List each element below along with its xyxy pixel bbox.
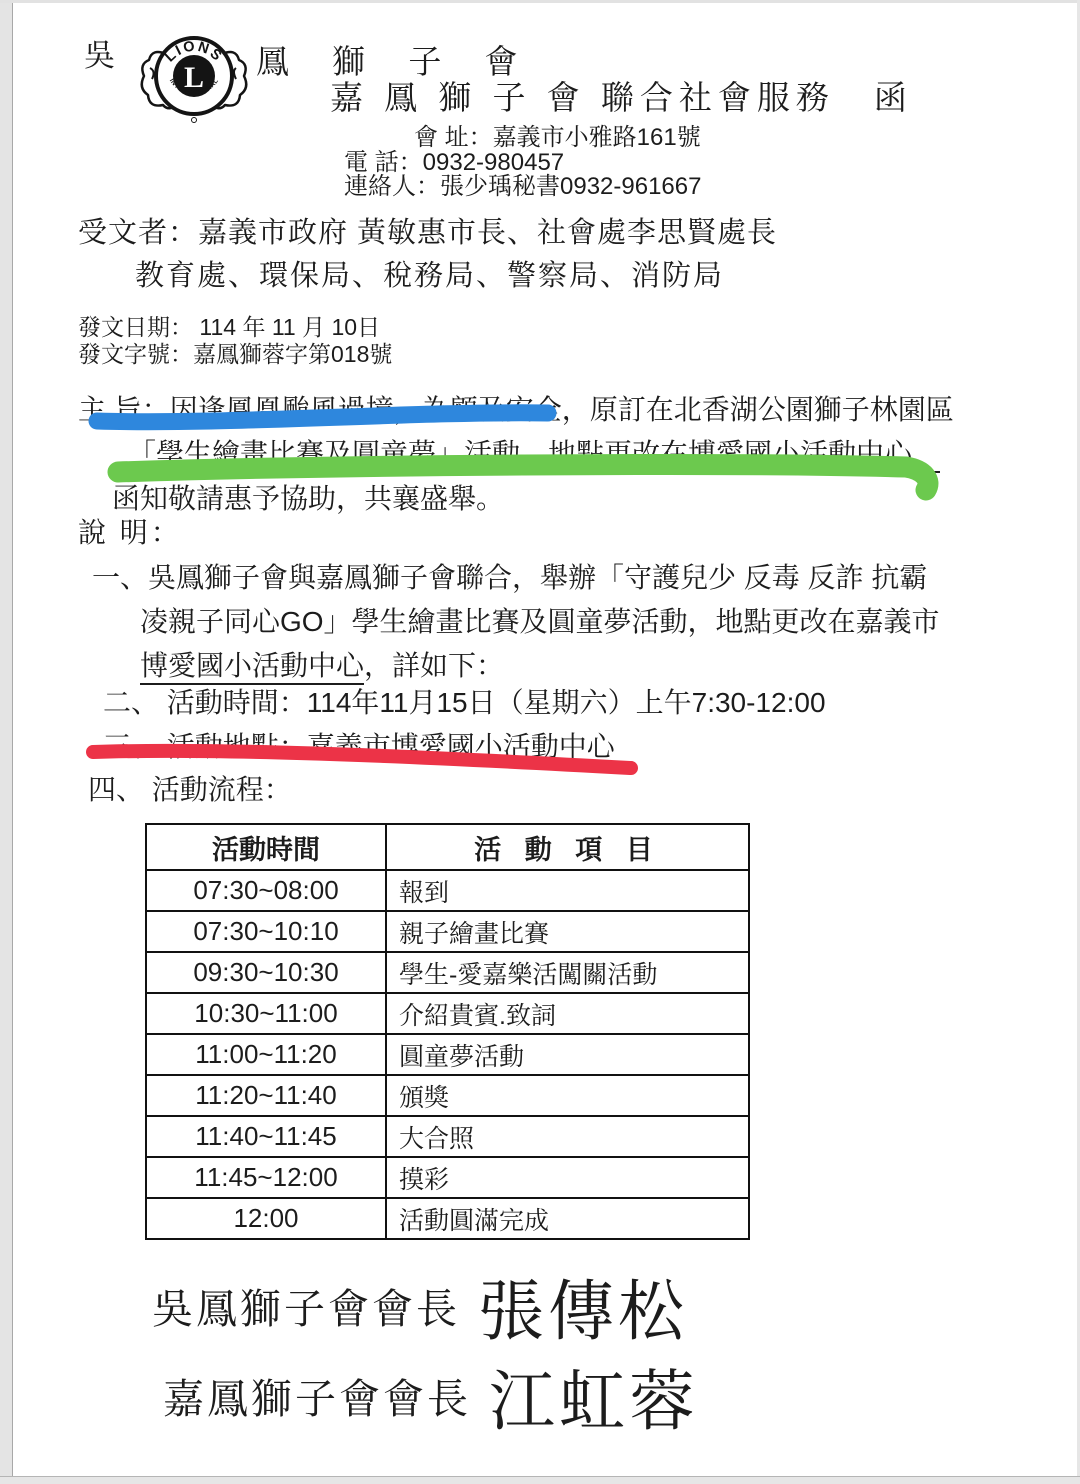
signature-row-wufeng: 吳鳳獅子會會長 張傳松 [152, 1258, 688, 1353]
page-edge-top [0, 0, 1080, 3]
table-row: 11:40~11:45 大合照 [146, 1116, 749, 1157]
table-row: 12:00 活動圓滿完成 [146, 1198, 749, 1239]
subject-line-1: 主 旨：因逢鳳凰颱風過境，為顧及安全，原訂在北香湖公園獅子林園區 [78, 388, 954, 428]
table-row: 09:30~10:30 學生-愛嘉樂活闖關活動 [146, 952, 749, 993]
cell-item: 學生-愛嘉樂活闖關活動 [386, 952, 749, 993]
table-row: 07:30~08:00 報到 [146, 870, 749, 911]
cell-time: 10:30~11:00 [146, 993, 386, 1034]
cell-item: 親子繪畫比賽 [386, 911, 749, 952]
table-row: 10:30~11:00 介紹貴賓.致詞 [146, 993, 749, 1034]
explanation-item1-line2: 凌親子同心GO」學生繪畫比賽及圓童夢活動，地點更改在嘉義市 [140, 600, 940, 640]
explanation-item1-line3-rest: ，詳如下： [364, 650, 504, 681]
cell-time: 11:45~12:00 [146, 1157, 386, 1198]
explanation-item1-line3-underlined: 博愛國小活動中心 [140, 650, 364, 685]
explanation-item2-time: 二、 活動時間：114年11月15日（星期六）上午7:30-12:00 [103, 681, 826, 721]
table-row: 07:30~10:10 親子繪畫比賽 [146, 911, 749, 952]
cell-time: 12:00 [146, 1198, 386, 1239]
cell-item: 圓童夢活動 [386, 1034, 749, 1075]
explanation-item4-schedule: 四、 活動流程： [88, 768, 292, 808]
signature-name: 江虹蓉 [489, 1348, 699, 1443]
column-header-time: 活動時間 [146, 824, 386, 870]
cell-time: 11:20~11:40 [146, 1075, 386, 1116]
page-edge-left [0, 0, 13, 1484]
cell-item: 大合照 [386, 1116, 749, 1157]
cell-item: 頒獎 [386, 1075, 749, 1116]
reference-number: 發文字號：嘉鳳獅蓉字第018號 [78, 336, 392, 369]
club-contact-person: 連絡人：張少瑀秘書0932-961667 [344, 166, 701, 201]
signature-row-jiafeng: 嘉鳳獅子會會長 江虹蓉 [163, 1348, 699, 1443]
activity-schedule-table: 活動時間 活 動 項 目 07:30~08:00 報到 07:30~10:10 … [145, 823, 750, 1240]
cell-time: 07:30~08:00 [146, 870, 386, 911]
document-title: 嘉 鳳 獅 子 會 聯合社會服務 函 [330, 72, 913, 119]
column-header-item: 活 動 項 目 [386, 824, 749, 870]
cell-item: 摸彩 [386, 1157, 749, 1198]
cell-item: 活動圓滿完成 [386, 1198, 749, 1239]
explanation-heading: 說 明： [78, 511, 182, 551]
recipients-line-1: 受文者：嘉義市政府 黃敏惠市長、社會處李思賢處長 [78, 210, 777, 251]
cell-time: 09:30~10:30 [146, 952, 386, 993]
explanation-item1-line3: 博愛國小活動中心，詳如下： [140, 644, 504, 684]
lions-international-logo-icon: L LIONS INTERNATIONAL [136, 24, 252, 128]
table-row: 11:00~11:20 圓童夢活動 [146, 1034, 749, 1075]
subject-line-2: 「學生繪畫比賽及圓童夢」活動，地點更改在博愛國小活動中心， [128, 432, 940, 472]
table-row: 11:45~12:00 摸彩 [146, 1157, 749, 1198]
subject-line-2-pre: 「學生繪畫比賽及圓童夢」活動， [128, 438, 548, 469]
signature-title: 嘉鳳獅子會會長 [163, 1366, 471, 1425]
page-edge-bottom [0, 1476, 1080, 1484]
table-header-row: 活動時間 活 動 項 目 [146, 824, 749, 870]
header-club-char: 吳 [84, 30, 117, 75]
subject-line-2-underlined: 地點更改在博愛國小活動中心， [548, 438, 940, 473]
signature-name: 張傳松 [478, 1258, 688, 1353]
explanation-item1-line1: 一、吳鳳獅子會與嘉鳳獅子會聯合，舉辦「守護兒少 反毒 反詐 抗霸 [92, 556, 927, 596]
cell-time: 11:40~11:45 [146, 1116, 386, 1157]
table-row: 11:20~11:40 頒獎 [146, 1075, 749, 1116]
cell-item: 介紹貴賓.致詞 [386, 993, 749, 1034]
recipients-line-2: 教育處、環保局、稅務局、警察局、消防局 [135, 253, 724, 294]
cell-time: 11:00~11:20 [146, 1034, 386, 1075]
cell-item: 報到 [386, 870, 749, 911]
signature-title: 吳鳳獅子會會長 [152, 1276, 460, 1335]
explanation-item3-location: 三、 活動地點：嘉義市博愛國小活動中心 [103, 725, 615, 765]
cell-time: 07:30~10:10 [146, 911, 386, 952]
